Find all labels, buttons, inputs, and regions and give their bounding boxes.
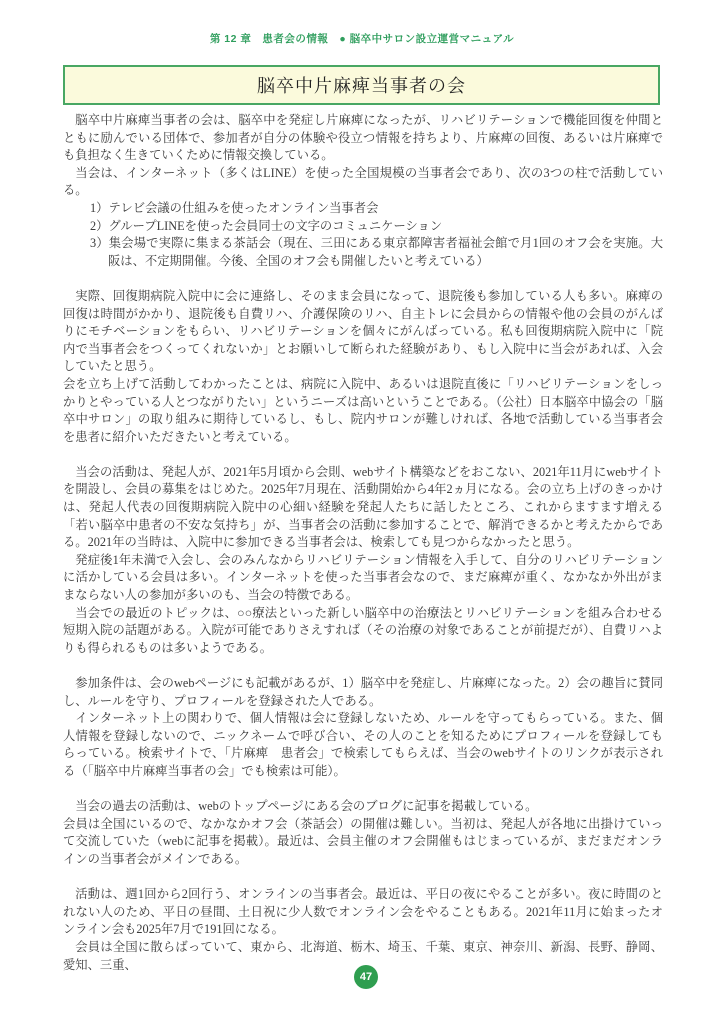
page-number-badge: 47 [354, 965, 378, 989]
paragraph: 実際、回復期病院入院中に会に連絡し、そのまま会員になって、退院後も参加している人… [63, 288, 663, 376]
chapter-header: 第 12 章 患者会の情報 ● 脳卒中サロン設立運営マニュアル [0, 31, 724, 46]
paragraph: 当会の活動は、発起人が、2021年5月頃から会則、webサイト構築などをおこない… [63, 464, 663, 552]
paragraph: 当会は、インターネット（多くはLINE）を使った全国規模の当事者会であり、次の3… [63, 165, 663, 200]
paragraph: インターネット上の関わりで、個人情報は会に登録しないため、ルールを守ってもらって… [63, 710, 663, 780]
paragraph: 発症後1年未満で入会し、会のみんなからリハビリテーション情報を入手して、自分のリ… [63, 552, 663, 605]
paragraph-gap [63, 781, 663, 799]
page-title: 脳卒中片麻痺当事者の会 [257, 72, 466, 98]
list-item: 1）テレビ会議の仕組みを使ったオンライン当事者会 [63, 200, 663, 218]
paragraph: 参加条件は、会のwebページにも記載があるが、1）脳卒中を発症し、片麻痺になった… [63, 675, 663, 710]
manual-page: 第 12 章 患者会の情報 ● 脳卒中サロン設立運営マニュアル 脳卒中片麻痺当事… [0, 0, 724, 1024]
paragraph: 脳卒中片麻痺当事者の会は、脳卒中を発症し片麻痺になったが、リハビリテーションで機… [63, 112, 663, 165]
title-box: 脳卒中片麻痺当事者の会 [63, 65, 660, 105]
paragraph-gap [63, 869, 663, 887]
paragraph: 当会での最近のトピックは、○○療法といった新しい脳卒中の治療法とリハビリテーショ… [63, 605, 663, 658]
list-item: 2）グループLINEを使った会員同士の文字のコミュニケーション [63, 218, 663, 236]
paragraph: 会員は全国にいるので、なかなかオフ会（茶話会）の開催は難しい。当初は、発起人が各… [63, 816, 663, 869]
paragraph: 当会の過去の活動は、webのトップページにある会のブログに記事を掲載している。 [63, 798, 663, 816]
paragraph-gap [63, 657, 663, 675]
body-text: 脳卒中片麻痺当事者の会は、脳卒中を発症し片麻痺になったが、リハビリテーションで機… [63, 112, 663, 974]
paragraph-gap [63, 446, 663, 464]
paragraph: 活動は、週1回から2回行う、オンラインの当事者会。最近は、平日の夜にやることが多… [63, 886, 663, 939]
list-item: 3）集会場で実際に集まる茶話会（現在、三田にある東京都障害者福祉会館で月1回のオ… [63, 235, 663, 270]
paragraph-gap [63, 270, 663, 288]
paragraph: 会を立ち上げて活動してわかったことは、病院に入院中、あるいは退院直後に「リハビリ… [63, 376, 663, 446]
